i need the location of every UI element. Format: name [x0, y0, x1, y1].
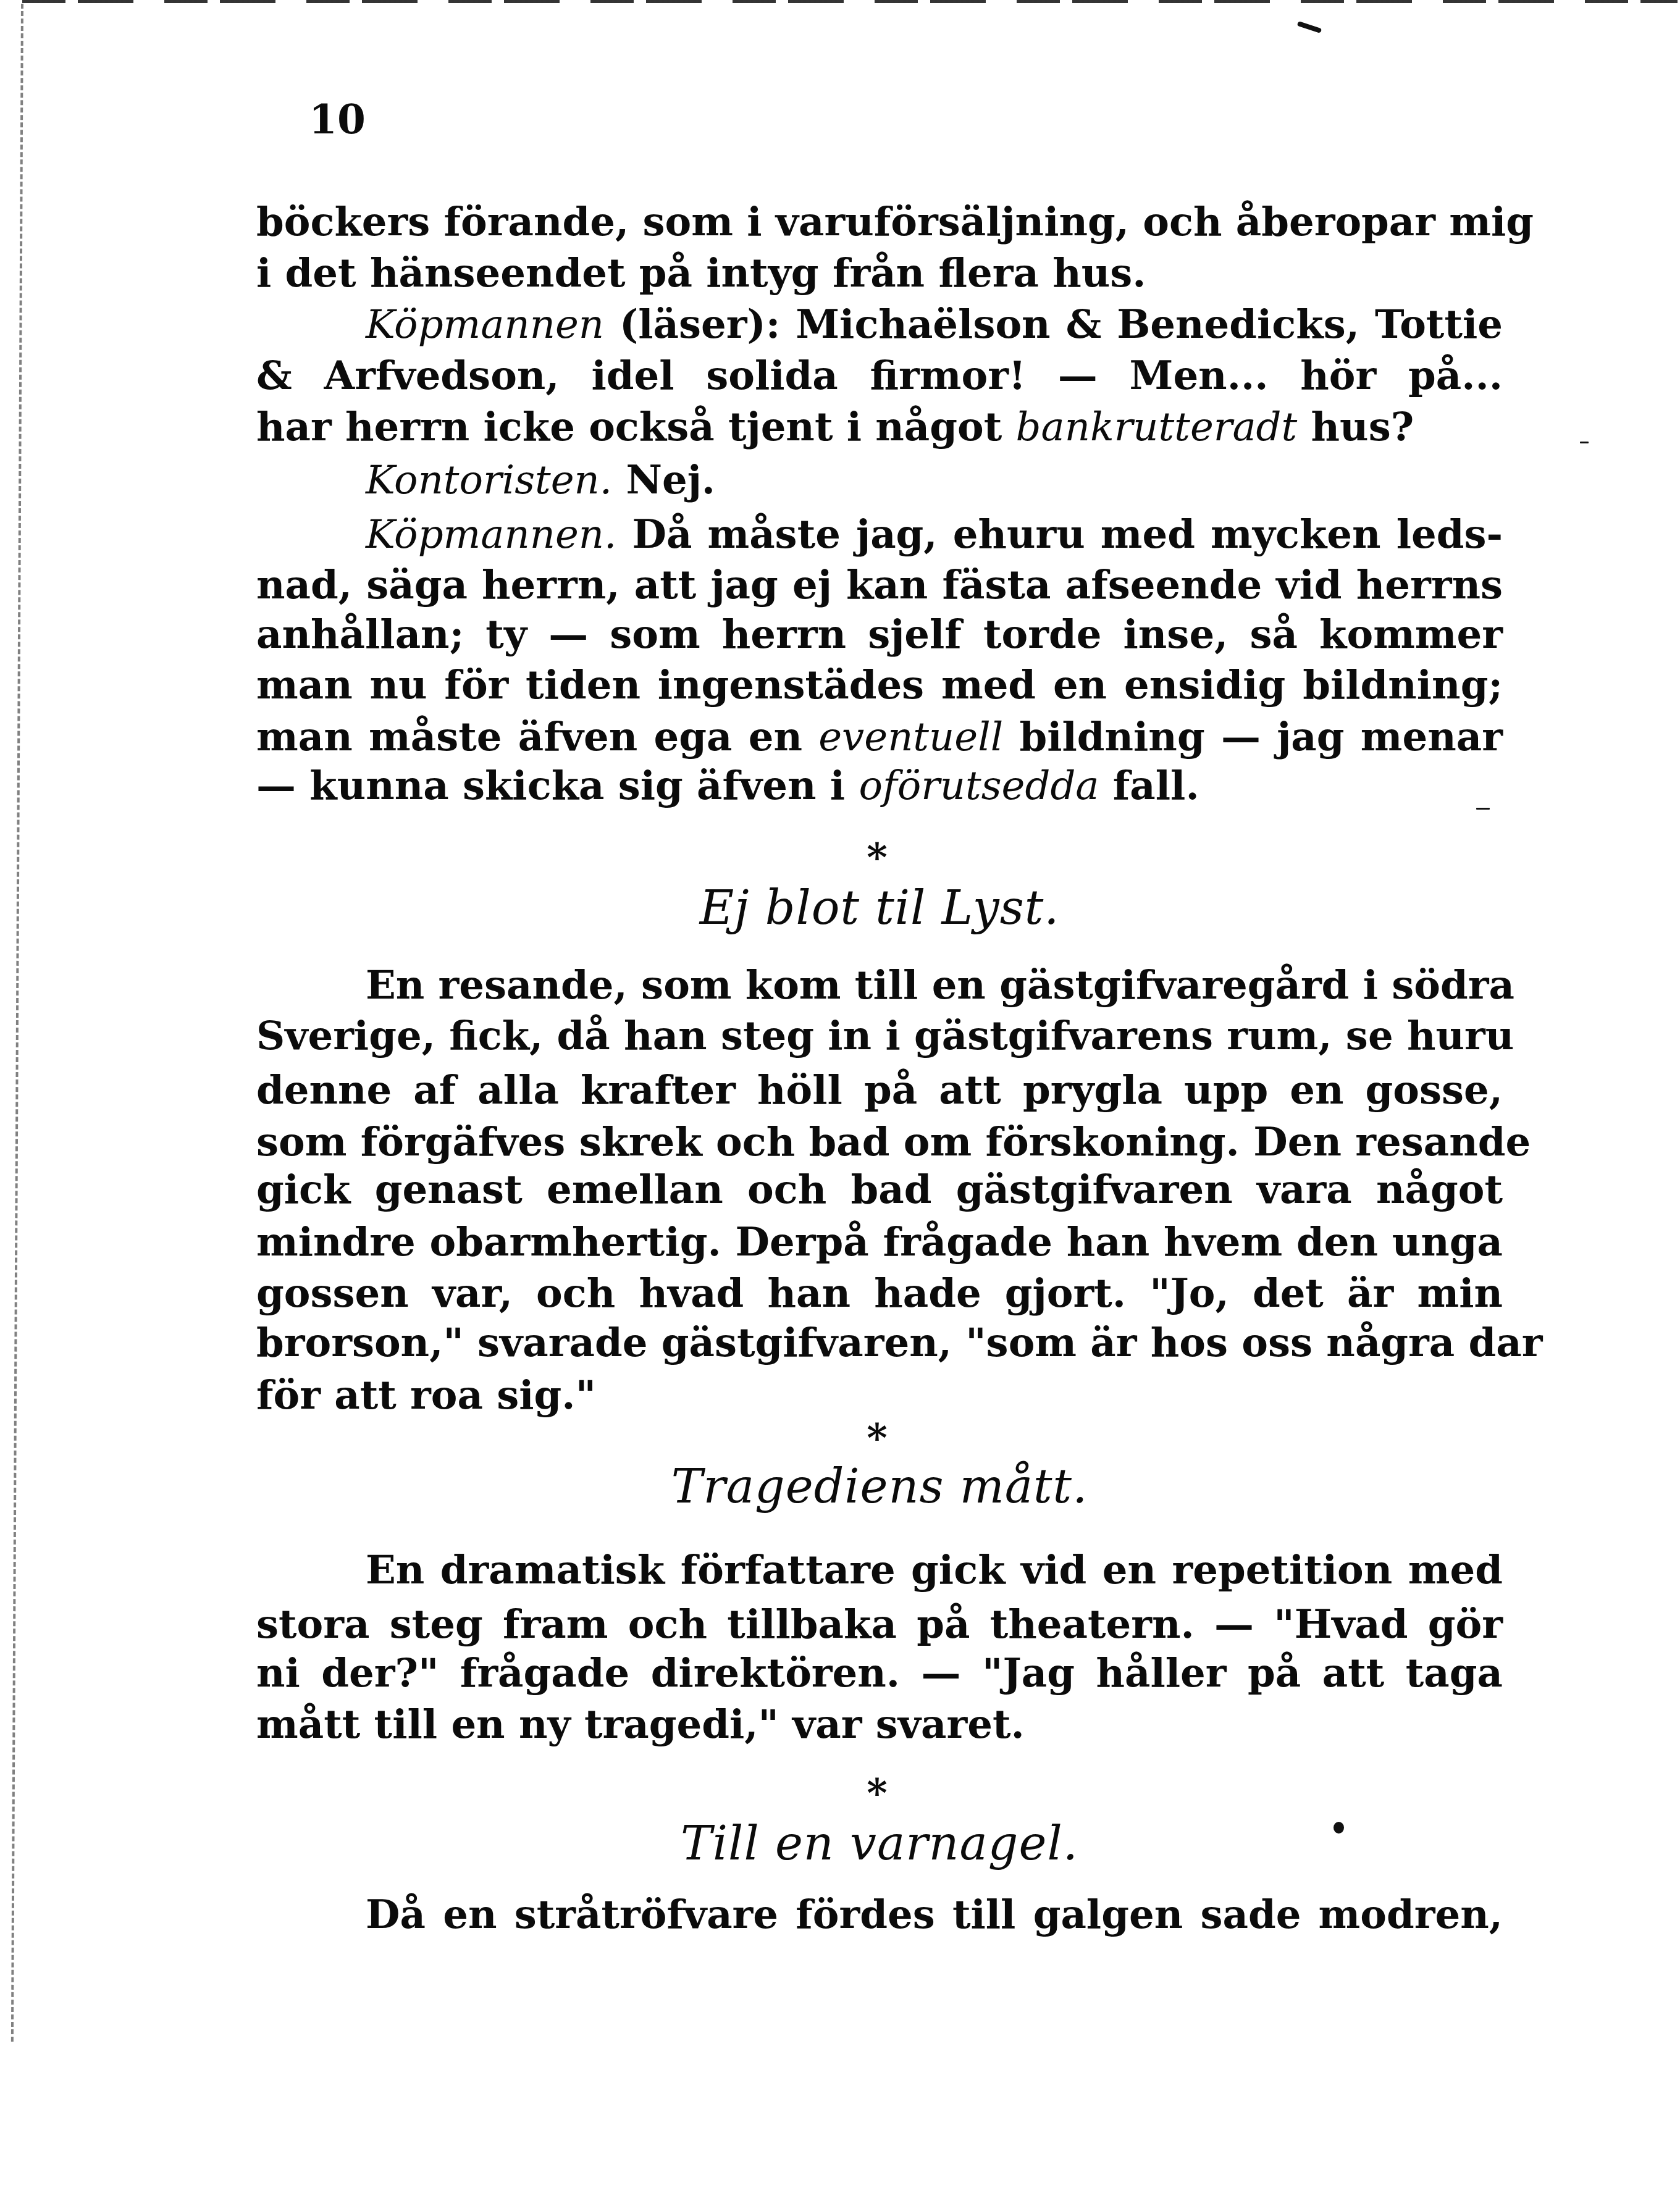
text-line: — kunna skicka sig äfven i oförutsedda f… [256, 761, 1503, 811]
text-line: nad, säga herrn, att jag ej kan fästa af… [256, 561, 1503, 610]
text-line: brorson," svarade gästgifvaren, "som är … [256, 1318, 1503, 1368]
text-line: Då en stråtröfvare fördes till galgen sa… [366, 1890, 1503, 1940]
speaker-name: Köpmannen [366, 302, 604, 348]
emphasis: oförutsedda [859, 763, 1099, 809]
asterisk-separator: * [862, 1420, 892, 1457]
text-line: stora steg fram och tillbaka på theatern… [256, 1600, 1503, 1649]
page-number: 10 [309, 99, 366, 140]
text-line: Köpmannen (läser): Michaëlson & Benedick… [366, 300, 1503, 350]
text-line: man nu för tiden ingenstädes med en ensi… [256, 661, 1503, 710]
book-page: 10 böckers förande, som i varuförsäljnin… [0, 0, 1680, 2188]
text-line: denne af alla krafter höll på att prygla… [256, 1066, 1503, 1115]
text-line: gossen var, och hvad han hade gjort. "Jo… [256, 1269, 1503, 1318]
text-line: ni der?" frågade direktören. — "Jag håll… [256, 1649, 1503, 1698]
section-title: Till en varnagel. [256, 1816, 1503, 1871]
text-line: En dramatisk författare gick vid en repe… [366, 1546, 1503, 1595]
text-line: i det hänseendet på intyg från flera hus… [256, 249, 1503, 298]
text-line: böckers förande, som i varuförsäljning, … [256, 198, 1503, 247]
section-title: Ej blot til Lyst. [256, 880, 1503, 936]
text-line: En resande, som kom till en gästgifvareg… [366, 961, 1503, 1010]
ink-speck [1297, 21, 1322, 33]
text-line: för att roa sig." [256, 1371, 1503, 1420]
asterisk-separator: * [862, 840, 892, 877]
asterisk-separator: * [862, 1775, 892, 1813]
ink-speck [1333, 1822, 1344, 1834]
text-line: & Arfvedson, idel solida firmor! — Men..… [256, 351, 1503, 401]
text-line: anhållan; ty — som herrn sjelf torde ins… [256, 610, 1503, 660]
speaker-name: Köpmannen. [366, 512, 616, 558]
text-line: som förgäfves skrek och bad om förskonin… [256, 1118, 1503, 1167]
ink-speck [1580, 442, 1589, 443]
ink-speck [1476, 808, 1490, 810]
text-line: har herrn icke också tjent i något bankr… [256, 403, 1503, 452]
scan-edge-left [11, 4, 23, 2042]
emphasis: eventuell [818, 715, 1003, 760]
text-line: Köpmannen. Då måste jag, ehuru med mycke… [366, 510, 1503, 560]
text-line: Sverige, fick, då han steg in i gästgifv… [256, 1012, 1503, 1061]
text-line: gick genast emellan och bad gästgifvaren… [256, 1165, 1503, 1215]
text-line: Kontoristen. Nej. [366, 456, 1503, 505]
text-line: mindre obarmhertig. Derpå frågade han hv… [256, 1218, 1503, 1267]
text-line: mått till en ny tragedi," var svaret. [256, 1700, 1503, 1750]
emphasis: bankrutteradt [1016, 404, 1298, 450]
scan-edge-top [22, 0, 1678, 3]
speaker-name: Kontoristen. [366, 458, 612, 503]
section-title: Tragediens mått. [256, 1459, 1503, 1514]
text-line: man måste äfven ega en eventuell bildnin… [256, 713, 1503, 762]
